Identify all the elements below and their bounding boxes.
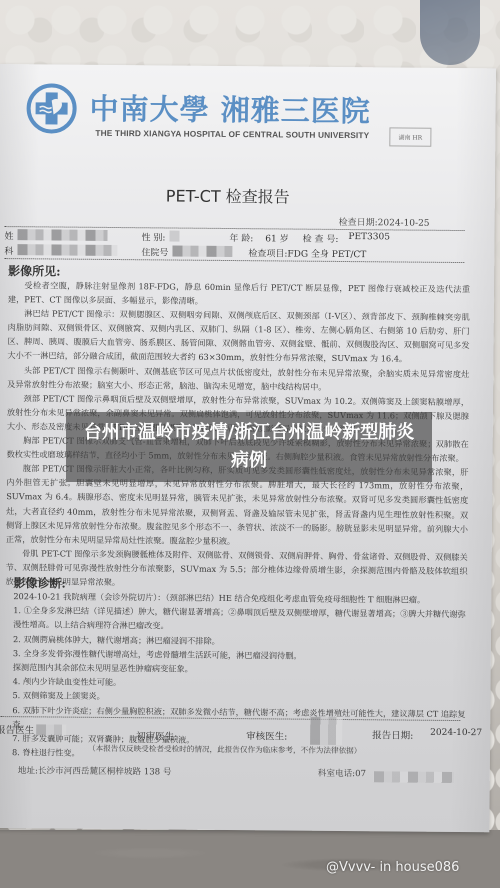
report-date-label: 报告日期: (372, 727, 413, 741)
exam-date: 检查日期:2024-10-25 (339, 215, 430, 229)
exam-item: 检查项目:FDG 全身 PET/CT (248, 246, 366, 260)
redacted-report-doctor (36, 724, 66, 735)
finding-paragraph: 头部 PET/CT 图像示右侧颞叶、双侧基底节区可见点片状低密度灶，放射性分布未… (7, 363, 469, 395)
finding-paragraph: 受检者空腹，静脉注射显像剂 18F-FDG，静息 60min 显像后行 PET/… (8, 278, 470, 310)
redacted-department (17, 244, 117, 256)
watermark: @Vvvv- in house086 (326, 860, 459, 875)
diagnosis-item: 1. ①全身多发淋巴结（详见描述）肿大，糖代谢显著增高；②鼻咽顶后壁及双侧壁增厚… (13, 603, 469, 635)
finding-paragraph: 淋巴结 PET/CT 图像示：双侧腮腺区、双侧咽旁间隙、双侧颅底后区、双侧颈部（… (7, 306, 469, 366)
redacted-name (17, 229, 107, 241)
hospital-name-en: THE THIRD XIANGYA HOSPITAL OF CENTRAL SO… (95, 128, 369, 140)
report-date-value: 2024-10-27 (430, 728, 482, 738)
name-label: 姓 (4, 229, 13, 242)
report-title: PET-CT 检查报告 (166, 183, 290, 207)
exam-no-value: PET3305 (348, 232, 390, 245)
headline-overlay: 台州市温岭市疫情/浙江台州温岭新型肺炎病例 (66, 412, 432, 482)
hospital-address: 地址:长沙市河西岳麓区桐梓坡路 138 号 (18, 764, 172, 777)
age-label: 年 龄: (229, 231, 253, 244)
exam-no-label: 检 查 号: (303, 232, 339, 245)
inpatient-no-label: 住院号 (141, 245, 168, 258)
hospital-name-cn: 中南大學 湘雅三医院 (89, 87, 370, 130)
department-label: 科 (4, 244, 13, 257)
report-doctor-label: 报告医生 (0, 722, 34, 736)
findings-title: 影像所见: (8, 262, 61, 279)
final-review-label: 审核医生: (246, 728, 287, 742)
hospital-cross-logo-icon (25, 82, 77, 134)
background-object (420, 0, 480, 65)
hospital-header: 中南大學 湘雅三医院 THE THIRD XIANGYA HOSPITAL OF… (25, 82, 466, 156)
gender-label: 性 别: (141, 230, 165, 243)
redacted-inpatient-no (172, 246, 232, 258)
hospital-stamp: 湖南 HR (389, 127, 431, 146)
finding-paragraph: 骨肌 PET-CT 图像示多发颈胸腰骶椎体及附件、双侧肱骨、双侧锁骨、双侧肩胛骨… (5, 546, 467, 592)
first-review-label: 初审医生: (136, 728, 177, 742)
mattress-background-bottom (0, 830, 500, 888)
redacted-phone (374, 771, 454, 783)
headline-text: 台州市温岭市疫情/浙江台州温岭新型肺炎病例 (76, 419, 422, 475)
redacted-reviewer (310, 717, 342, 745)
age-value: 61 岁 (265, 231, 288, 244)
department-phone-label: 科室电话:07 (318, 767, 366, 779)
redacted-gender (169, 230, 179, 241)
patient-info-row-1: 姓 性 别: 年 龄: 61 岁 检 查 号: PET3305 (4, 229, 390, 245)
